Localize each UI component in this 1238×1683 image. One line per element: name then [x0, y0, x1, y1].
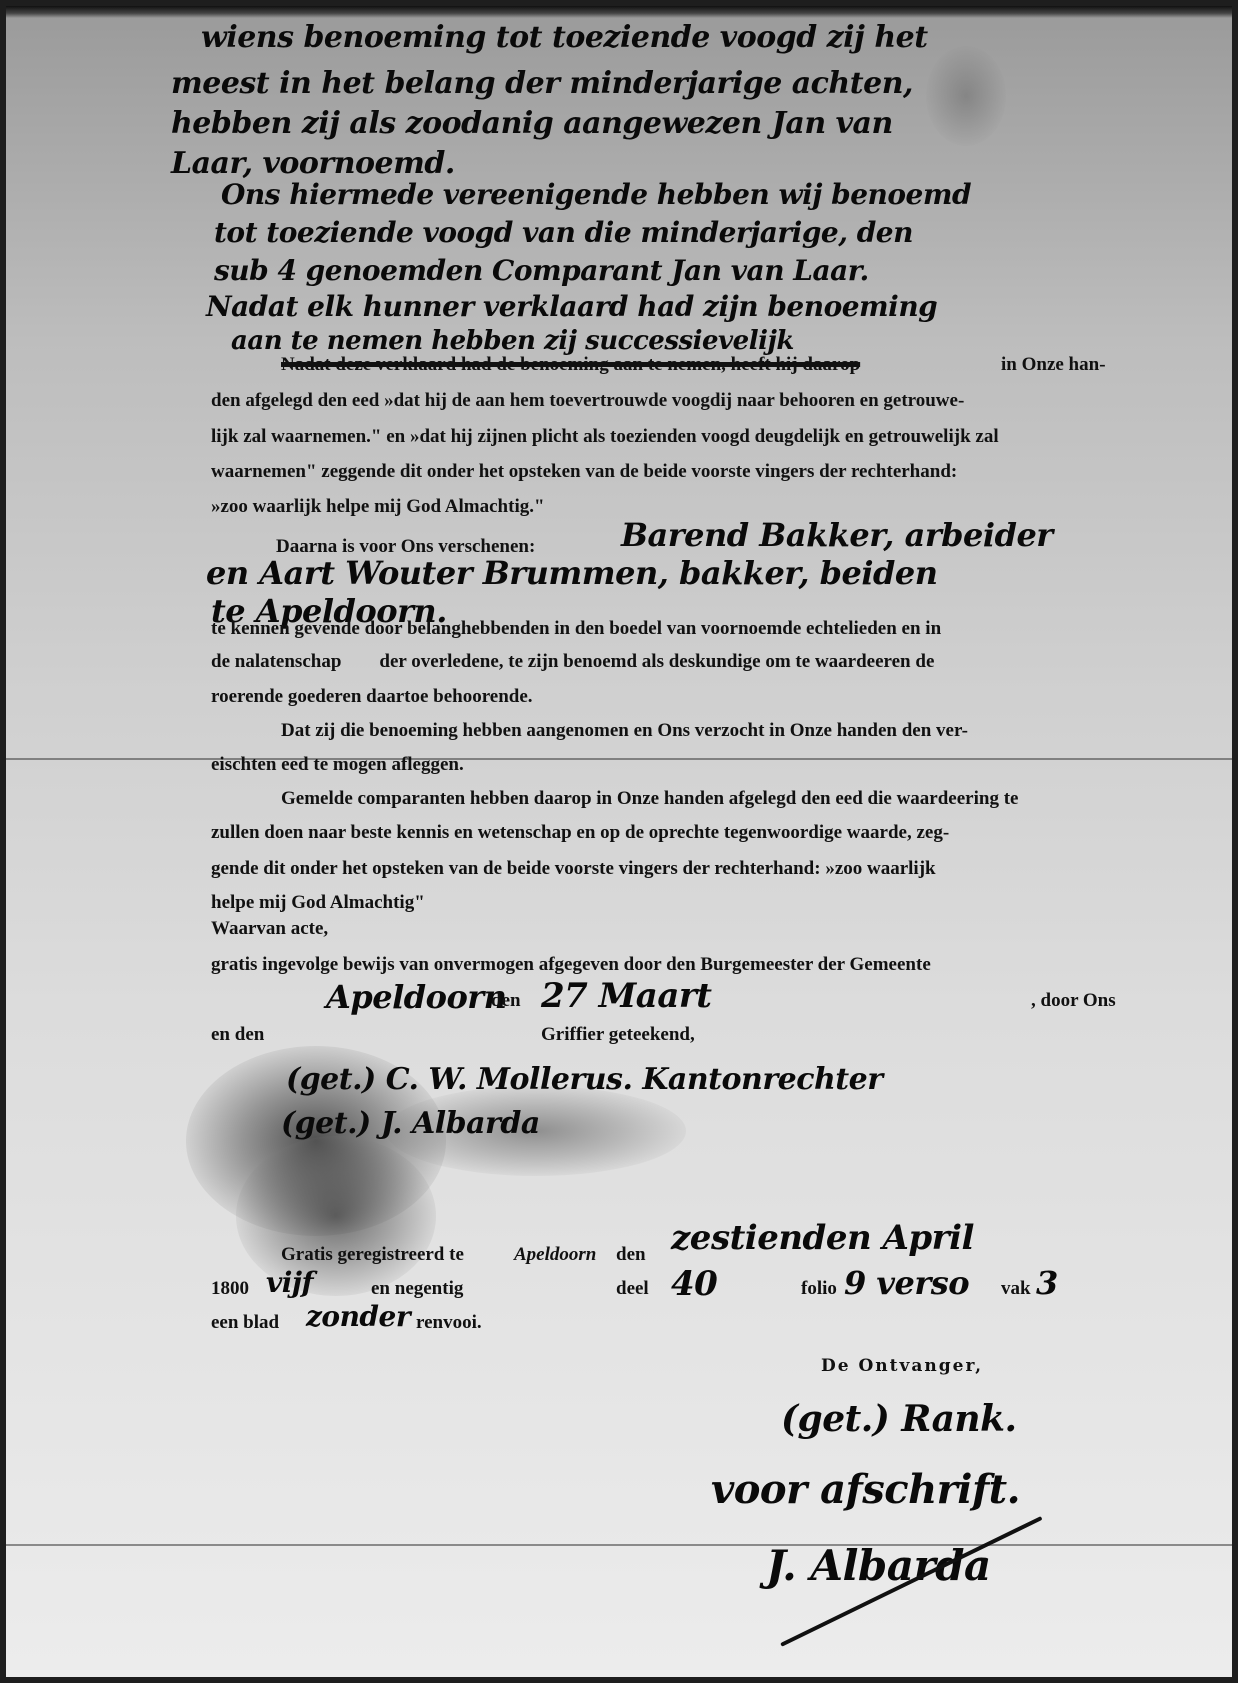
handwritten-date: zestienden April: [671, 1218, 974, 1258]
printed-line: den: [616, 1244, 646, 1266]
final-signature: J. Albarda: [766, 1541, 991, 1590]
receiver-signature: (get.) Rank.: [781, 1398, 1017, 1440]
handwritten-number: vijf: [266, 1266, 313, 1299]
receiver-title: De Ontvanger,: [821, 1356, 983, 1376]
struck-text: Nadat deze verklaard had de benoeming aa…: [281, 354, 860, 376]
printed-line: roerende goederen daartoe behoorende.: [211, 686, 533, 708]
fold-line: [6, 1544, 1232, 1546]
signature-griffier: (get.) J. Albarda: [281, 1106, 540, 1141]
printed-line: te kennen gevende door belanghebbenden i…: [211, 618, 941, 640]
top-shadow: [6, 6, 1232, 18]
printed-line: Waarvan acte,: [211, 918, 328, 940]
handwritten-line: Ons hiermede vereenigende hebben wij ben…: [221, 178, 971, 211]
printed-line: en den: [211, 1024, 264, 1046]
printed-line: Griffier geteekend,: [541, 1024, 695, 1046]
printed-line: Gratis geregistreerd te: [281, 1244, 464, 1266]
printed-line: helpe mij God Almachtig": [211, 892, 425, 914]
printed-line: gratis ingevolge bewijs van onvermogen a…: [211, 954, 931, 976]
handwritten-line: meest in het belang der minderjarige ach…: [171, 66, 913, 101]
handwritten-line: Laar, voornoemd.: [171, 146, 455, 181]
water-stain: [926, 46, 1006, 146]
handwritten-line: sub 4 genoemden Comparant Jan van Laar.: [214, 254, 869, 287]
handwritten-line: en Aart Wouter Brummen, bakker, beiden: [206, 554, 938, 592]
deel-label: deel: [616, 1278, 649, 1300]
handwritten-date: 27 Maart: [541, 976, 711, 1016]
printed-place: Apeldoorn: [514, 1244, 596, 1266]
vak-label: vak: [1001, 1278, 1031, 1300]
printed-line: zullen doen naar beste kennis en wetensc…: [211, 822, 949, 844]
printed-line: den: [491, 990, 521, 1012]
handwritten-line: aan te nemen hebben zij successievelijk: [231, 326, 794, 356]
deel-value: 40: [671, 1264, 717, 1304]
printed-line: , door Ons: [1031, 990, 1116, 1012]
printed-line: in Onze han-: [1001, 354, 1106, 376]
handwritten-line: hebben zij als zoodanig aangewezen Jan v…: [171, 106, 893, 141]
printed-line: den afgelegd den eed »dat hij de aan hem…: [211, 390, 964, 412]
printed-line: »zoo waarlijk helpe mij God Almachtig.": [211, 496, 545, 518]
printed-line: Dat zij die benoeming hebben aangenomen …: [281, 720, 968, 742]
handwritten-line: Barend Bakker, arbeider: [621, 516, 1053, 554]
printed-line: en negentig: [371, 1278, 463, 1300]
copy-note: voor afschrift.: [711, 1466, 1020, 1513]
folio-label: folio: [801, 1278, 837, 1300]
handwritten-word: zonder: [306, 1300, 410, 1333]
vak-value: 3: [1036, 1264, 1058, 1302]
printed-line: de nalatenschap der overledene, te zijn …: [211, 651, 934, 673]
printed-line: gende dit onder het opsteken van de beid…: [211, 858, 936, 880]
handwritten-place: Apeldoorn: [326, 978, 506, 1016]
printed-line: Gemelde comparanten hebben daarop in Onz…: [281, 788, 1018, 810]
printed-line: eischten eed te mogen afleggen.: [211, 754, 464, 776]
document-page: wiens benoeming tot toeziende voogd zij …: [6, 6, 1232, 1677]
printed-line: renvooi.: [416, 1312, 482, 1334]
fold-line: [6, 758, 1232, 760]
handwritten-line: tot toeziende voogd van die minderjarige…: [214, 216, 913, 249]
printed-year: 1800: [211, 1278, 249, 1300]
handwritten-line: Nadat elk hunner verklaard had zijn beno…: [206, 290, 937, 323]
printed-line: waarnemen" zeggende dit onder het opstek…: [211, 461, 957, 483]
printed-line: lijk zal waarnemen." en »dat hij zijnen …: [211, 426, 999, 448]
signature-kantonrechter: (get.) C. W. Mollerus. Kantonrechter: [286, 1062, 883, 1097]
handwritten-line: wiens benoeming tot toeziende voogd zij …: [201, 20, 928, 55]
folio-value: 9 verso: [844, 1264, 969, 1302]
printed-line: een blad: [211, 1312, 279, 1334]
